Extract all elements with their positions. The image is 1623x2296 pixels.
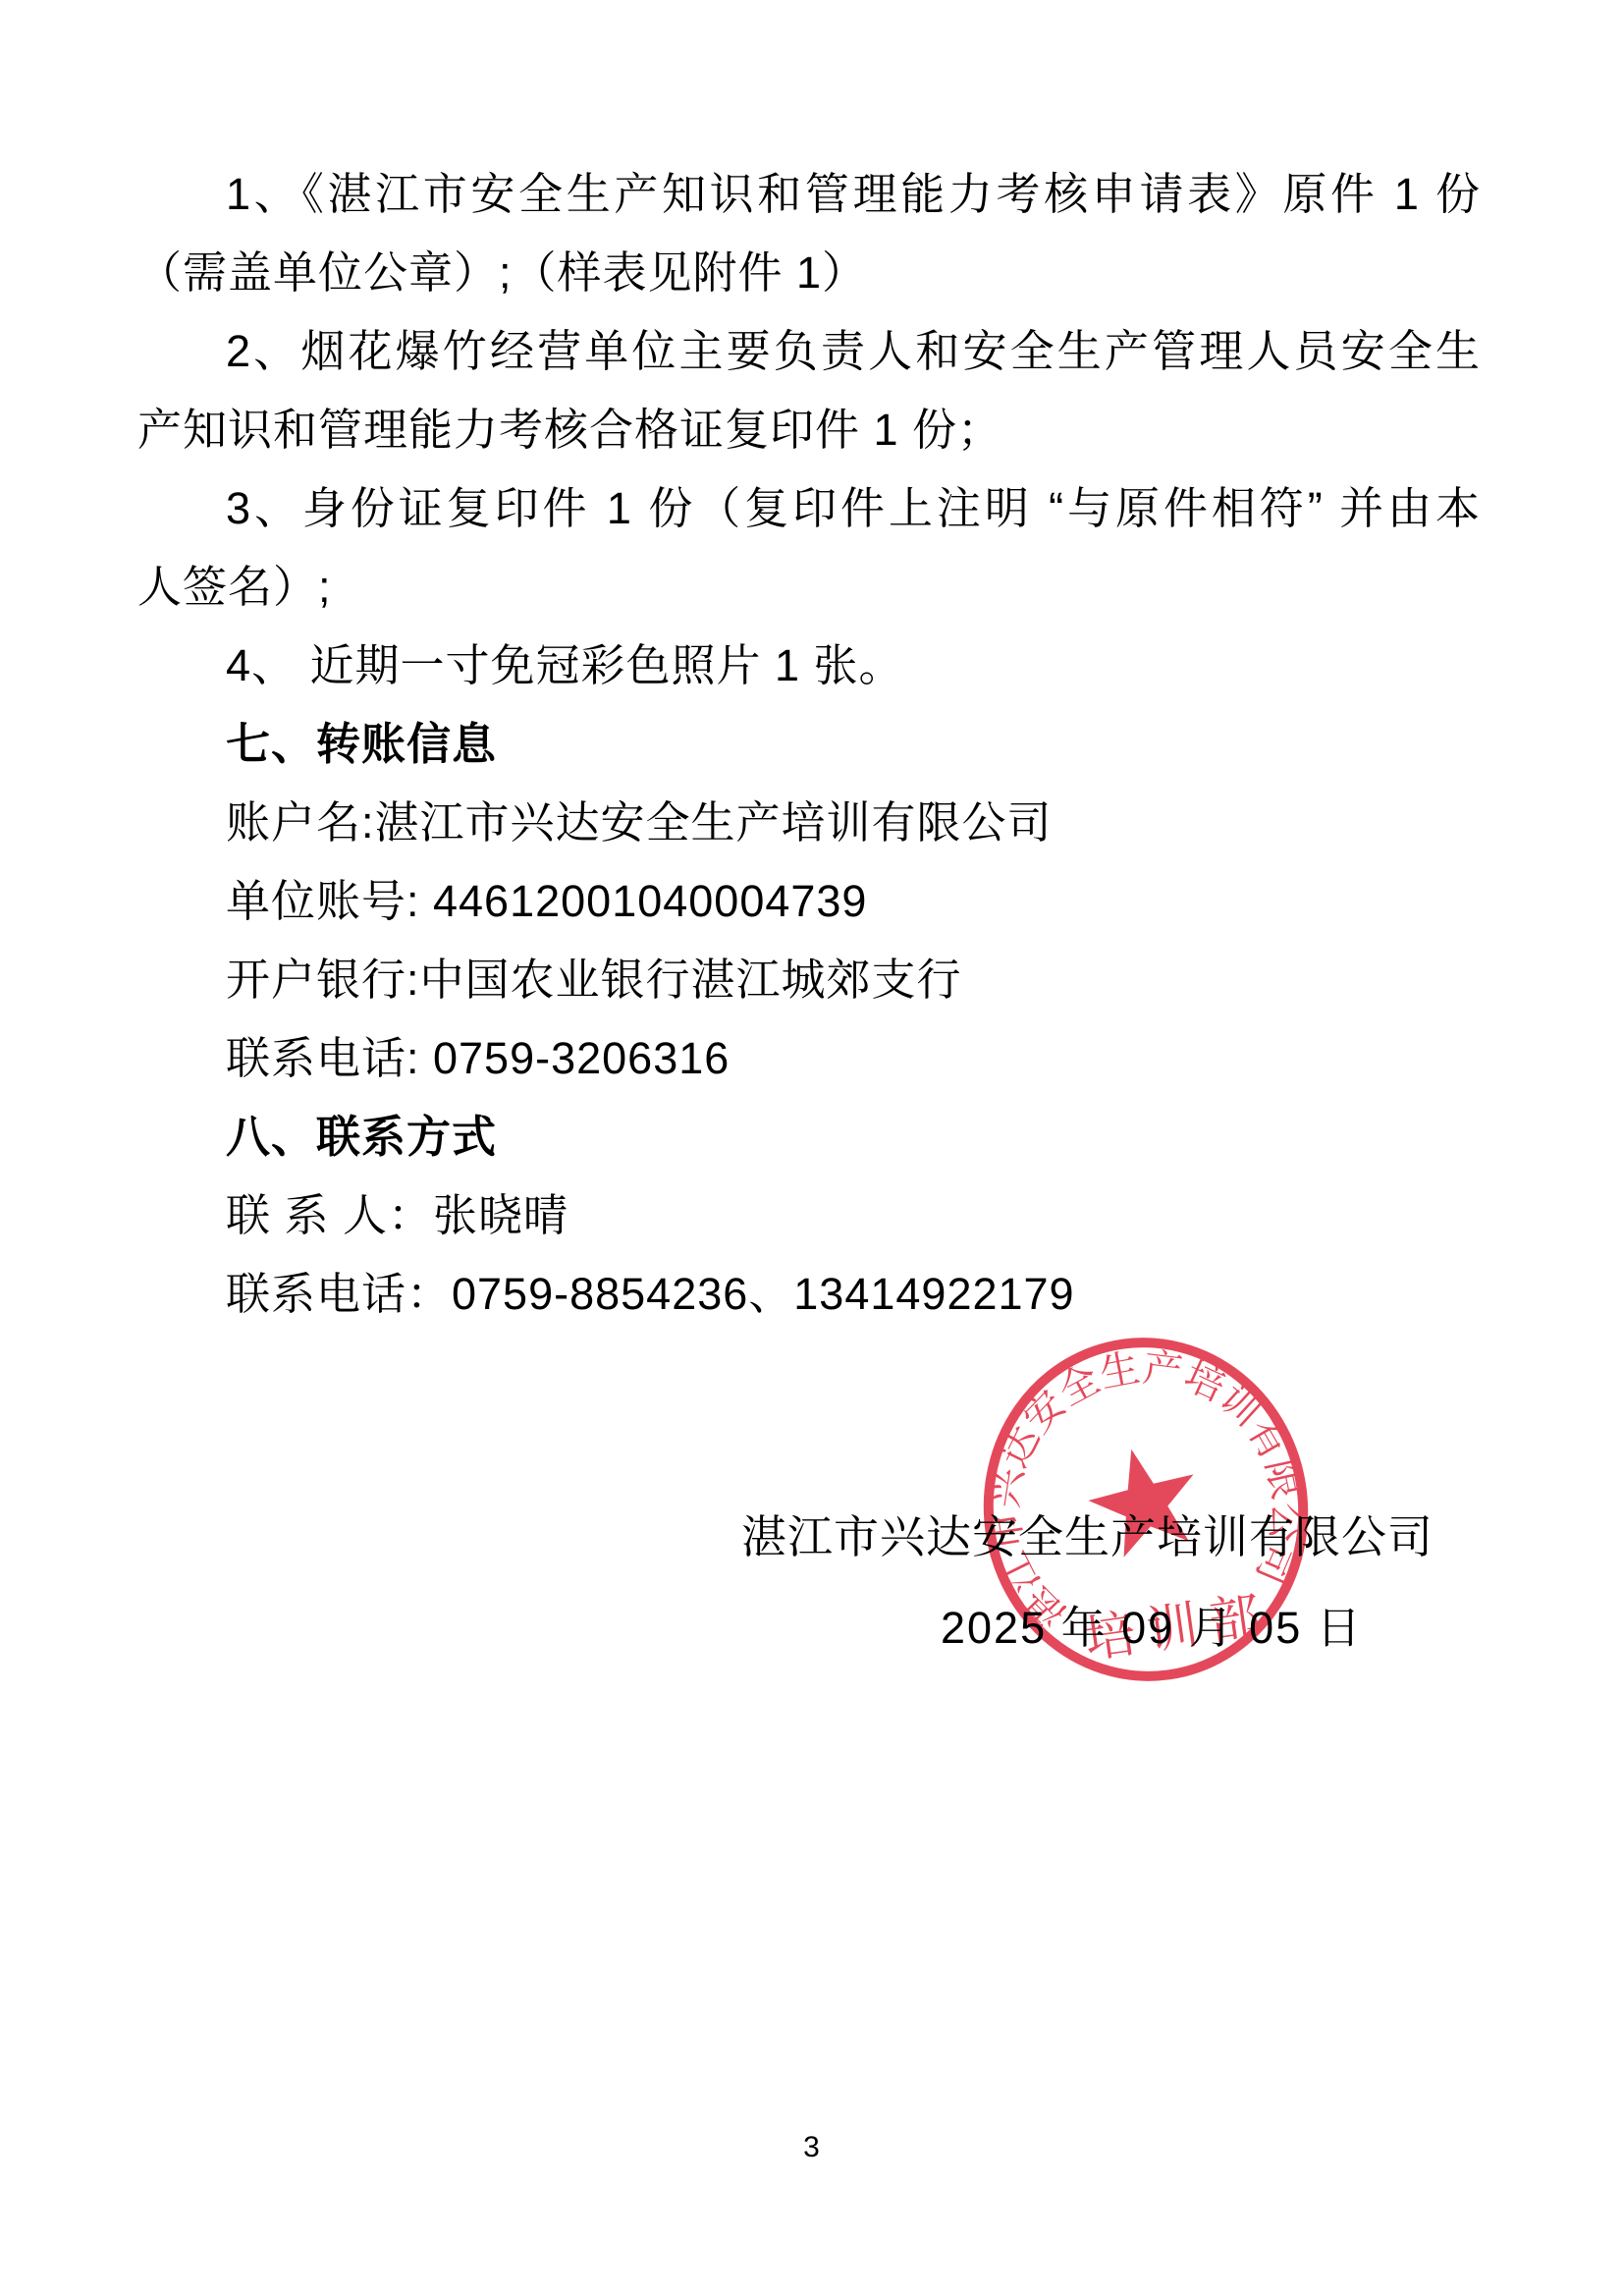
doc-line-account-number: 单位账号: 44612001040004739 — [137, 862, 1481, 941]
signature-date: 2025 年 09 月 05 日 — [941, 1605, 1363, 1652]
section-heading-transfer-info: 七、转账信息 — [137, 705, 1481, 784]
doc-line-contact-phone: 联系电话：0759-8854236、13414922179 — [137, 1255, 1481, 1334]
doc-line: 3、身份证复印件 1 份（复印件上注明 “与原件相符” 并由本 — [137, 469, 1481, 548]
doc-line-contact-person: 联 系 人：张晓晴 — [137, 1176, 1481, 1255]
doc-line: 4、 近期一寸免冠彩色照片 1 张。 — [137, 627, 1481, 705]
doc-line: 2、烟花爆竹经营单位主要负责人和安全生产管理人员安全生 — [137, 312, 1481, 391]
doc-line-account-name: 账户名:湛江市兴达安全生产培训有限公司 — [137, 784, 1481, 862]
doc-line-phone: 联系电话: 0759-3206316 — [137, 1019, 1481, 1098]
doc-line-bank: 开户银行:中国农业银行湛江城郊支行 — [137, 941, 1481, 1019]
signature-company-name: 湛江市兴达安全生产培训有限公司 — [741, 1512, 1434, 1561]
page-number: 3 — [0, 2131, 1623, 2164]
doc-line: 1、《湛江市安全生产知识和管理能力考核申请表》原件 1 份 — [137, 155, 1481, 234]
doc-line: （需盖单位公章）;（样表见附件 1） — [137, 234, 1481, 312]
doc-line: 产知识和管理能力考核合格证复印件 1 份； — [137, 391, 1481, 469]
doc-line: 人签名）; — [137, 548, 1481, 627]
document-body: 1、《湛江市安全生产知识和管理能力考核申请表》原件 1 份 （需盖单位公章）;（… — [137, 155, 1481, 1334]
document-page: 1、《湛江市安全生产知识和管理能力考核申请表》原件 1 份 （需盖单位公章）;（… — [0, 0, 1623, 2296]
section-heading-contact-info: 八、联系方式 — [137, 1098, 1481, 1176]
